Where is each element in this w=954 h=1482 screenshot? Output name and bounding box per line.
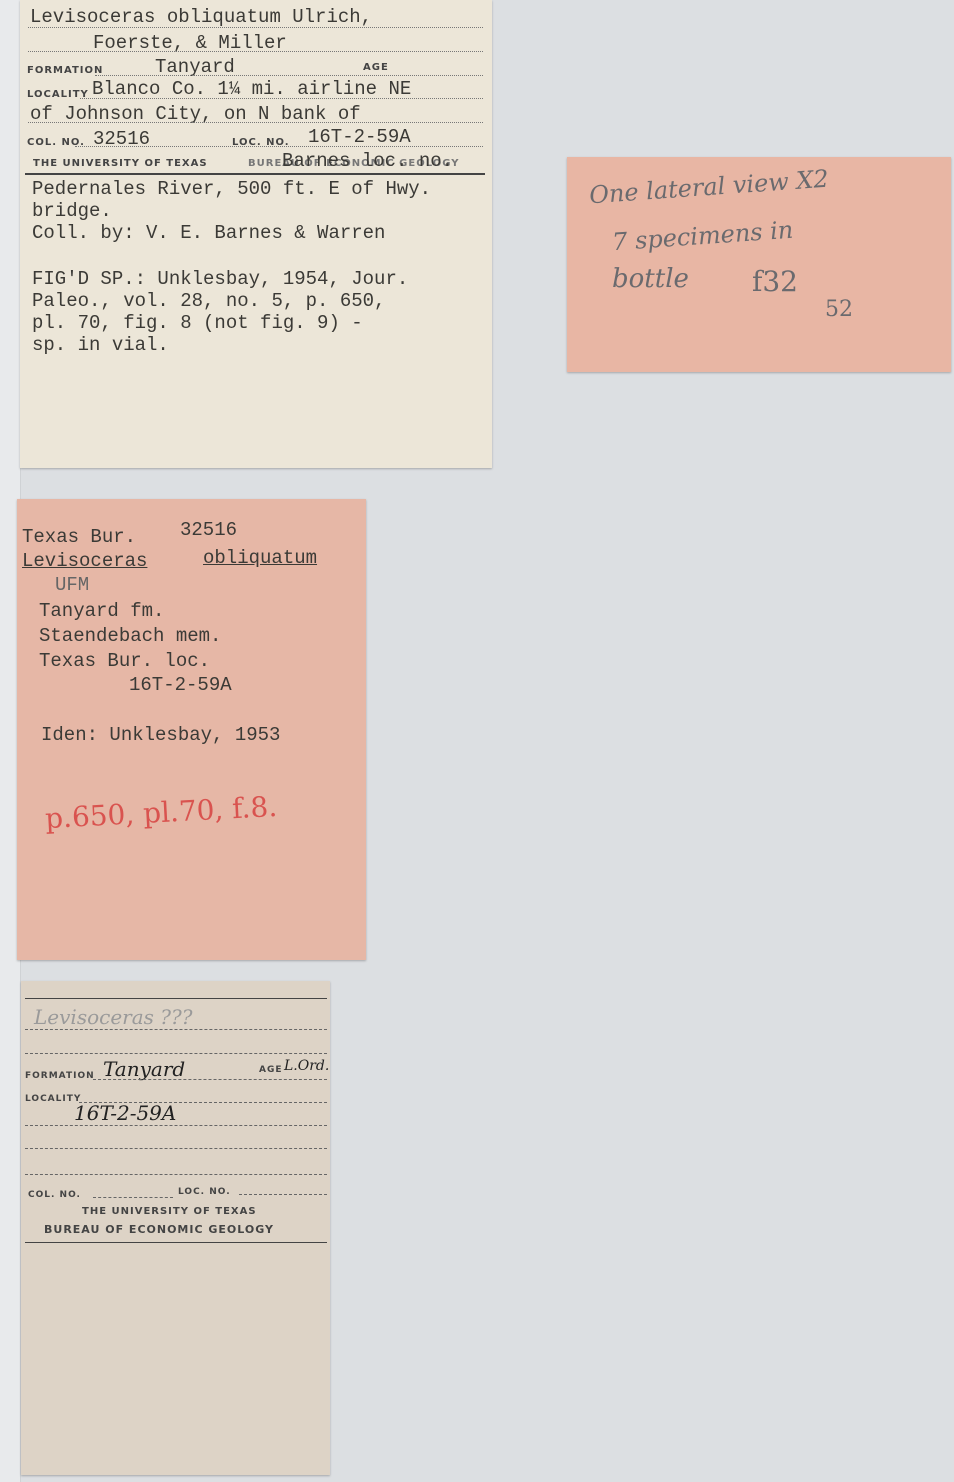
dashed-rule xyxy=(25,1174,327,1175)
identification: Iden: Unklesbay, 1953 xyxy=(41,724,280,746)
institution-name: THE UNIVERSITY OF TEXAS xyxy=(82,1206,257,1217)
body-line: bridge. xyxy=(32,200,431,222)
locality-number: 16T-2-59A xyxy=(129,674,232,696)
age-label: AGE xyxy=(363,62,389,73)
specimen-label-typed-cream: Levisoceras obliquatum Ulrich, Foerste, … xyxy=(20,0,492,468)
dotted-rule xyxy=(28,122,483,123)
body-line: sp. in vial. xyxy=(32,334,431,356)
header-divider xyxy=(25,173,485,175)
body-line: FIG'D SP.: Unklesbay, 1954, Jour. xyxy=(32,268,431,290)
genus-name: Levisoceras xyxy=(22,550,147,572)
handwritten-line3: bottle xyxy=(612,264,689,294)
locality-label: LOCALITY xyxy=(25,1094,81,1104)
locality-value: 16T-2-59A xyxy=(74,1101,176,1125)
body-line: Coll. by: V. E. Barnes & Warren xyxy=(32,222,431,244)
top-rule xyxy=(25,998,327,999)
member-name: Staendebach mem. xyxy=(39,625,221,647)
formation-value: Tanyard xyxy=(103,1057,185,1081)
authors-abbrev: UFM xyxy=(55,574,89,596)
bottom-rule xyxy=(25,1242,327,1243)
dotted-rule xyxy=(75,146,483,147)
dashed-rule xyxy=(93,1079,327,1080)
handwritten-reference: p.650, pl.70, f.8. xyxy=(44,790,278,835)
formation-label: FORMATION xyxy=(25,1071,95,1081)
institution-name: THE UNIVERSITY OF TEXAS xyxy=(33,158,208,169)
dotted-rule xyxy=(28,27,483,28)
dashed-rule xyxy=(93,1197,173,1198)
age-label: AGE xyxy=(259,1065,283,1075)
handwritten-line2: 7 specimens in xyxy=(611,216,794,257)
dotted-rule xyxy=(80,98,483,99)
locality-line1: Blanco Co. 1¼ mi. airline NE xyxy=(92,78,411,100)
dashed-rule xyxy=(239,1194,327,1195)
locality-label: Texas Bur. loc. xyxy=(39,650,210,672)
body-line: Pedernales River, 500 ft. E of Hwy. xyxy=(32,178,431,200)
barnes-loc-no-overtype: Barnes loc. no. xyxy=(282,150,453,172)
dotted-rule xyxy=(95,75,483,76)
formation-name: Tanyard fm. xyxy=(39,600,164,622)
dashed-rule xyxy=(25,1053,327,1054)
bureau-name: BUREAU OF ECONOMIC GEOLOGY xyxy=(44,1223,274,1236)
formation-label: FORMATION xyxy=(27,65,103,76)
specimen-label-printed-form: Levisoceras ??? FORMATION Tanyard AGE L.… xyxy=(21,981,330,1475)
catalog-number: 32516 xyxy=(180,519,237,541)
specimen-label-handwritten-pink: One lateral view X2 7 specimens in bottl… xyxy=(567,157,951,372)
texas-bur-prefix: Texas Bur. xyxy=(22,526,136,548)
dotted-rule xyxy=(28,51,483,52)
loc-no-value: 16T-2-59A xyxy=(308,126,411,148)
loc-no-label: LOC. NO. xyxy=(178,1187,231,1197)
dashed-rule xyxy=(25,1029,327,1030)
col-no-label: COL. NO. xyxy=(28,1190,81,1200)
body-text: Pedernales River, 500 ft. E of Hwy. brid… xyxy=(32,178,431,356)
body-line: pl. 70, fig. 8 (not fig. 9) - xyxy=(32,312,431,334)
age-value: L.Ord. xyxy=(284,1058,329,1074)
species-handwritten: Levisoceras ??? xyxy=(34,1005,192,1029)
dashed-rule xyxy=(25,1125,327,1126)
dashed-rule xyxy=(25,1148,327,1149)
figure-reference: f32 xyxy=(752,265,798,298)
species-name: obliquatum xyxy=(203,547,317,569)
handwritten-line1: One lateral view X2 xyxy=(588,165,829,210)
specimen-label-typed-pink: Texas Bur. 32516 Levisoceras obliquatum … xyxy=(17,499,366,960)
body-line xyxy=(32,244,431,268)
species-name-line1: Levisoceras obliquatum Ulrich, xyxy=(30,6,372,28)
body-line: Paleo., vol. 28, no. 5, p. 650, xyxy=(32,290,431,312)
handwritten-note: 52 xyxy=(825,297,853,322)
